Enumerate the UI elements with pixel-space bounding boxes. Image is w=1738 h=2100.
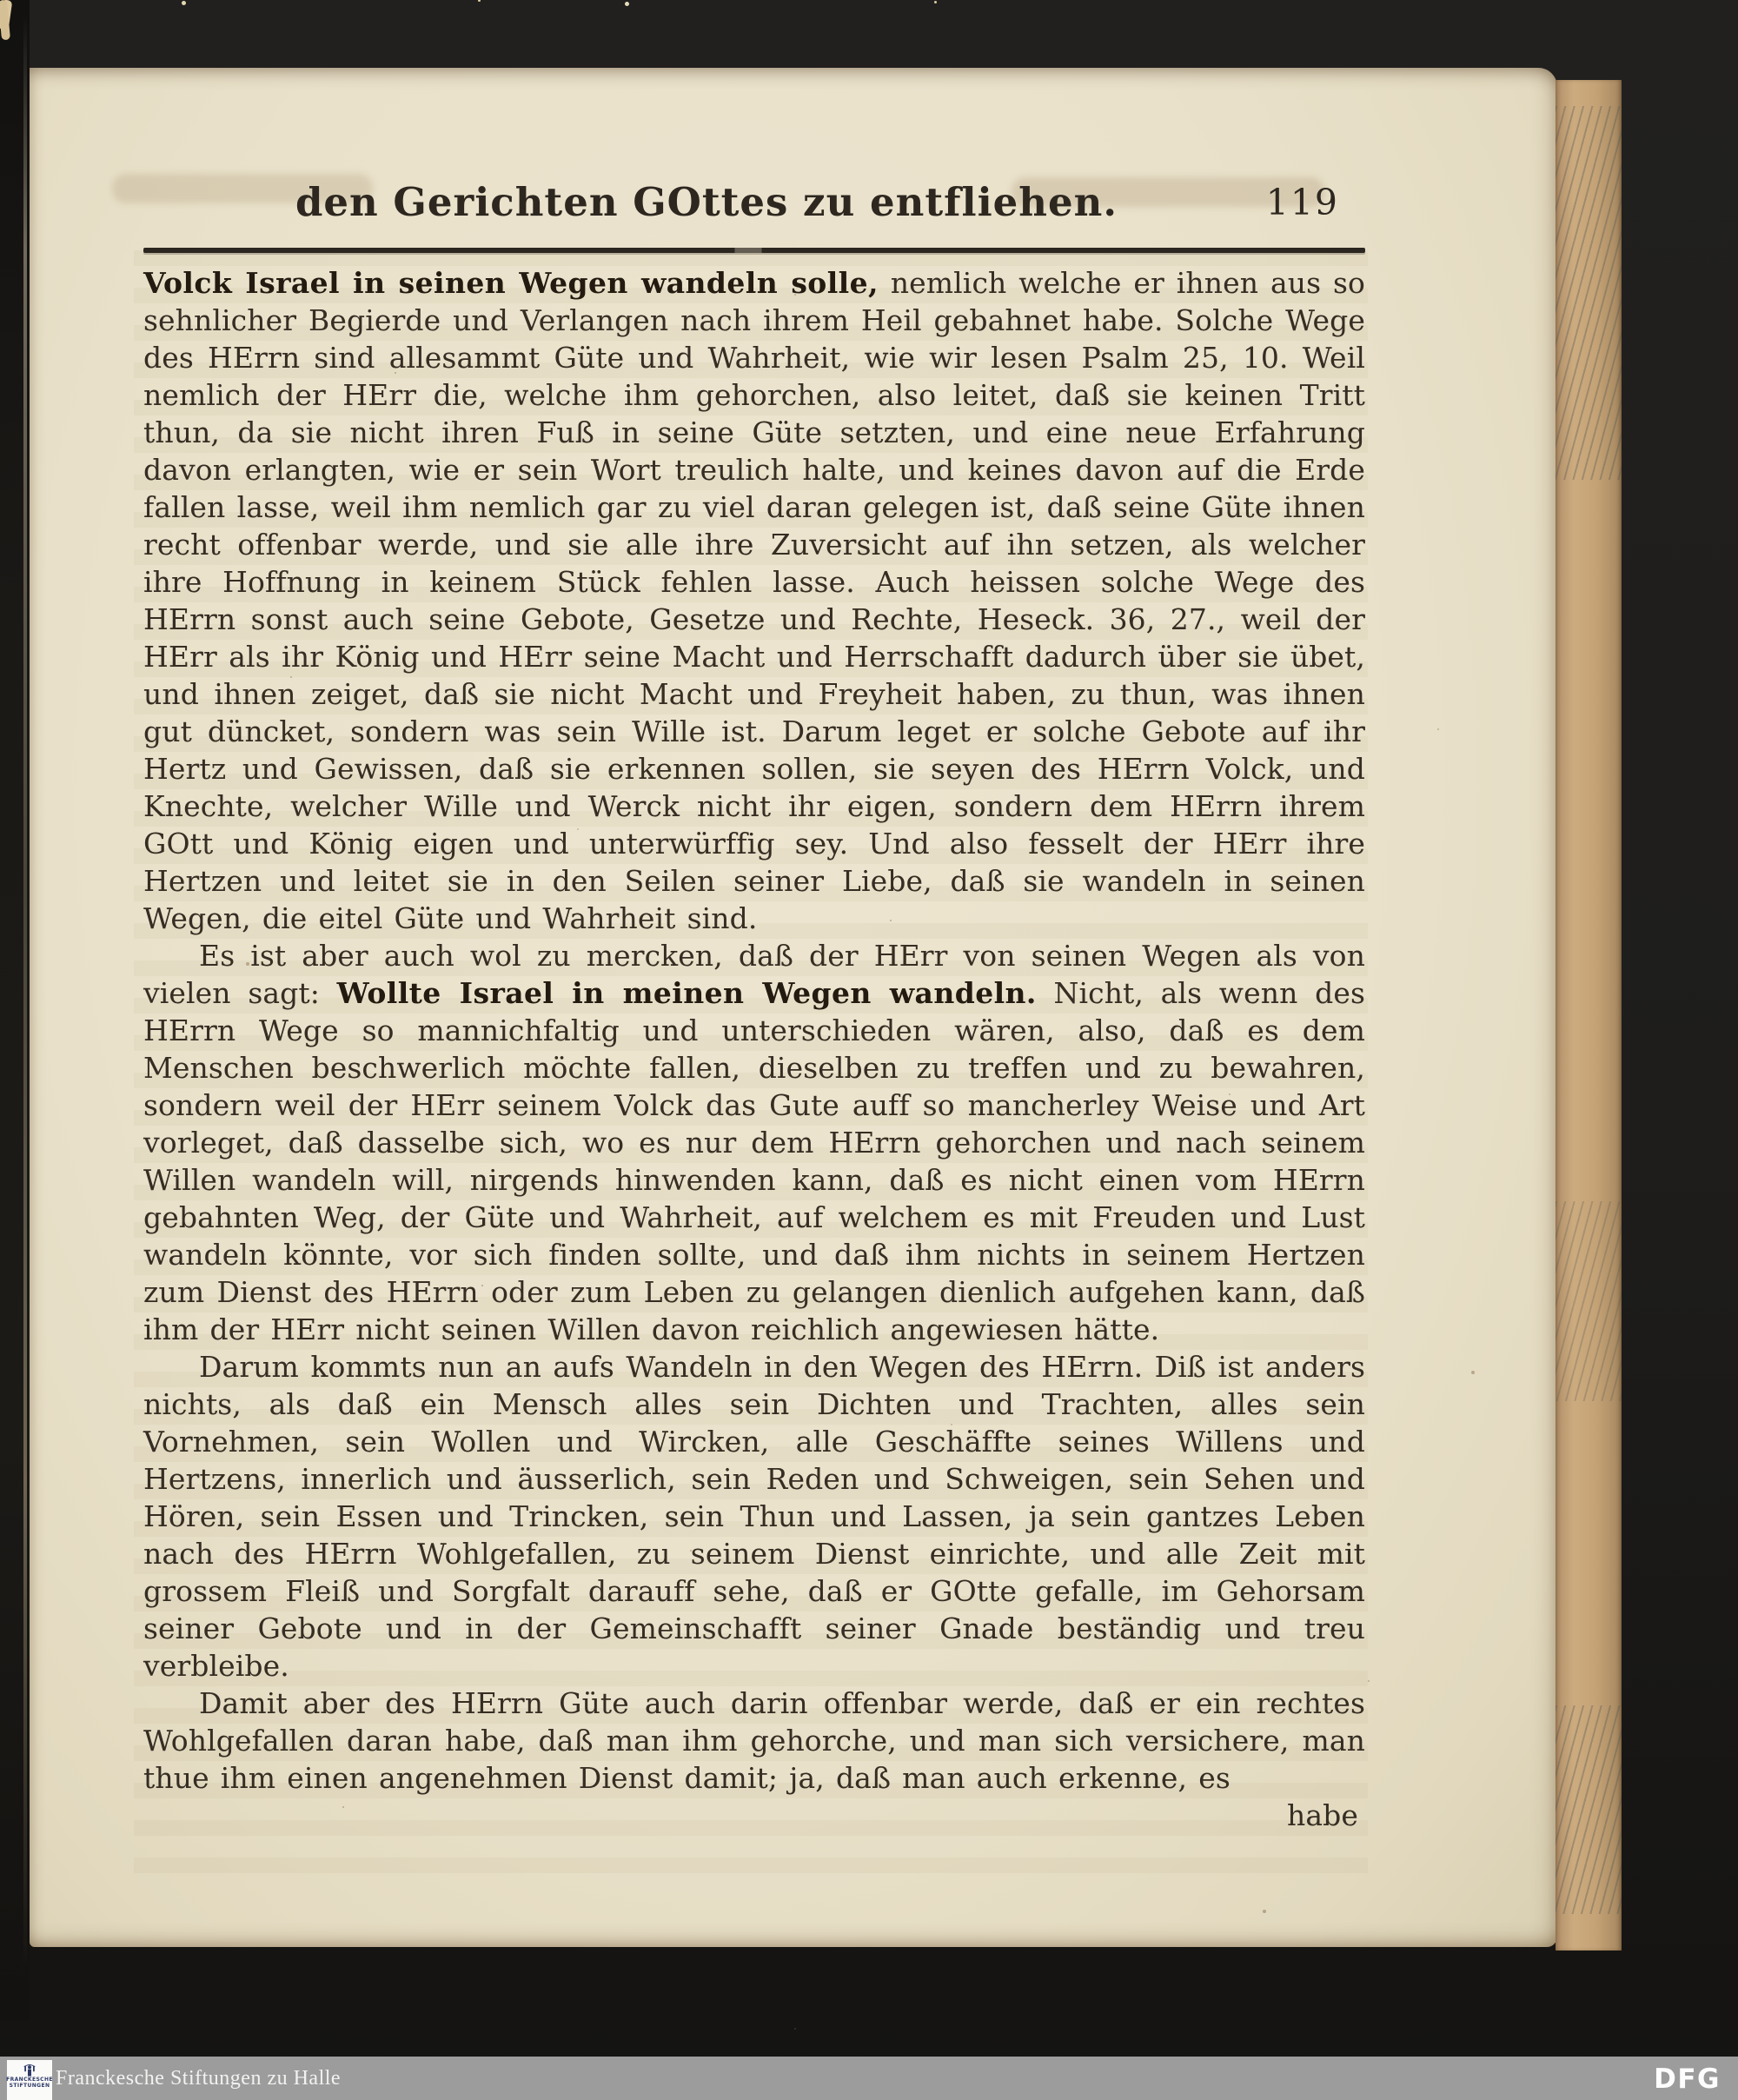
logo-text-line1: FRANCKESCHE bbox=[6, 2077, 53, 2083]
paragraph: Es ist aber auch wol zu mercken, daß der… bbox=[143, 937, 1365, 1348]
scan-viewer: den Gerichten GOttes zu entfliehen. 119 … bbox=[0, 0, 1738, 2100]
running-title: den Gerichten GOttes zu entfliehen. bbox=[143, 179, 1270, 225]
text-segment: Nicht, als wenn des HErrn Wege so mannic… bbox=[143, 976, 1365, 1346]
franckesche-stiftungen-logo: FRANCKESCHE STIFTUNGEN bbox=[7, 2060, 52, 2100]
fore-edge bbox=[1556, 80, 1622, 1950]
fore-edge-marbling bbox=[1556, 1705, 1622, 1914]
header-rule bbox=[143, 248, 1365, 253]
paragraph: Volck Israel in seinen Wegen wandeln sol… bbox=[143, 264, 1365, 937]
text-segment: Wollte Israel in meinen Wegen wandeln. bbox=[337, 976, 1037, 1010]
page-header: den Gerichten GOttes zu entfliehen. 119 bbox=[143, 179, 1365, 236]
logo-text-line2: STIFTUNGEN bbox=[10, 2083, 50, 2089]
paragraph: Damit aber des HErrn Güte auch darin off… bbox=[143, 1685, 1365, 1797]
page-body: Volck Israel in seinen Wegen wandeln sol… bbox=[143, 264, 1365, 1834]
fore-edge-marbling bbox=[1556, 106, 1622, 480]
text-segment: nemlich welche er ihnen aus so sehnliche… bbox=[143, 266, 1365, 935]
book-page: den Gerichten GOttes zu entfliehen. 119 … bbox=[30, 68, 1557, 1947]
text-segment: Volck Israel in seinen Wegen wandeln sol… bbox=[143, 266, 879, 300]
fore-edge-marbling bbox=[1556, 1201, 1622, 1401]
page-number: 119 bbox=[1266, 182, 1339, 223]
viewer-footer-bar: FRANCKESCHE STIFTUNGEN Franckesche Stift… bbox=[0, 2057, 1738, 2100]
left-gutter bbox=[0, 0, 30, 2020]
text-segment: Damit aber des HErrn Güte auch darin off… bbox=[143, 1686, 1365, 1795]
paragraph: Darum kommts nun an aufs Wandeln in den … bbox=[143, 1348, 1365, 1685]
institution-name: Franckesche Stiftungen zu Halle bbox=[56, 2057, 341, 2100]
orans-figure-icon bbox=[23, 2062, 36, 2077]
dfg-logo: DFG bbox=[1654, 2063, 1721, 2095]
catchword: habe bbox=[143, 1797, 1365, 1834]
text-segment: Darum kommts nun an aufs Wandeln in den … bbox=[143, 1350, 1365, 1683]
